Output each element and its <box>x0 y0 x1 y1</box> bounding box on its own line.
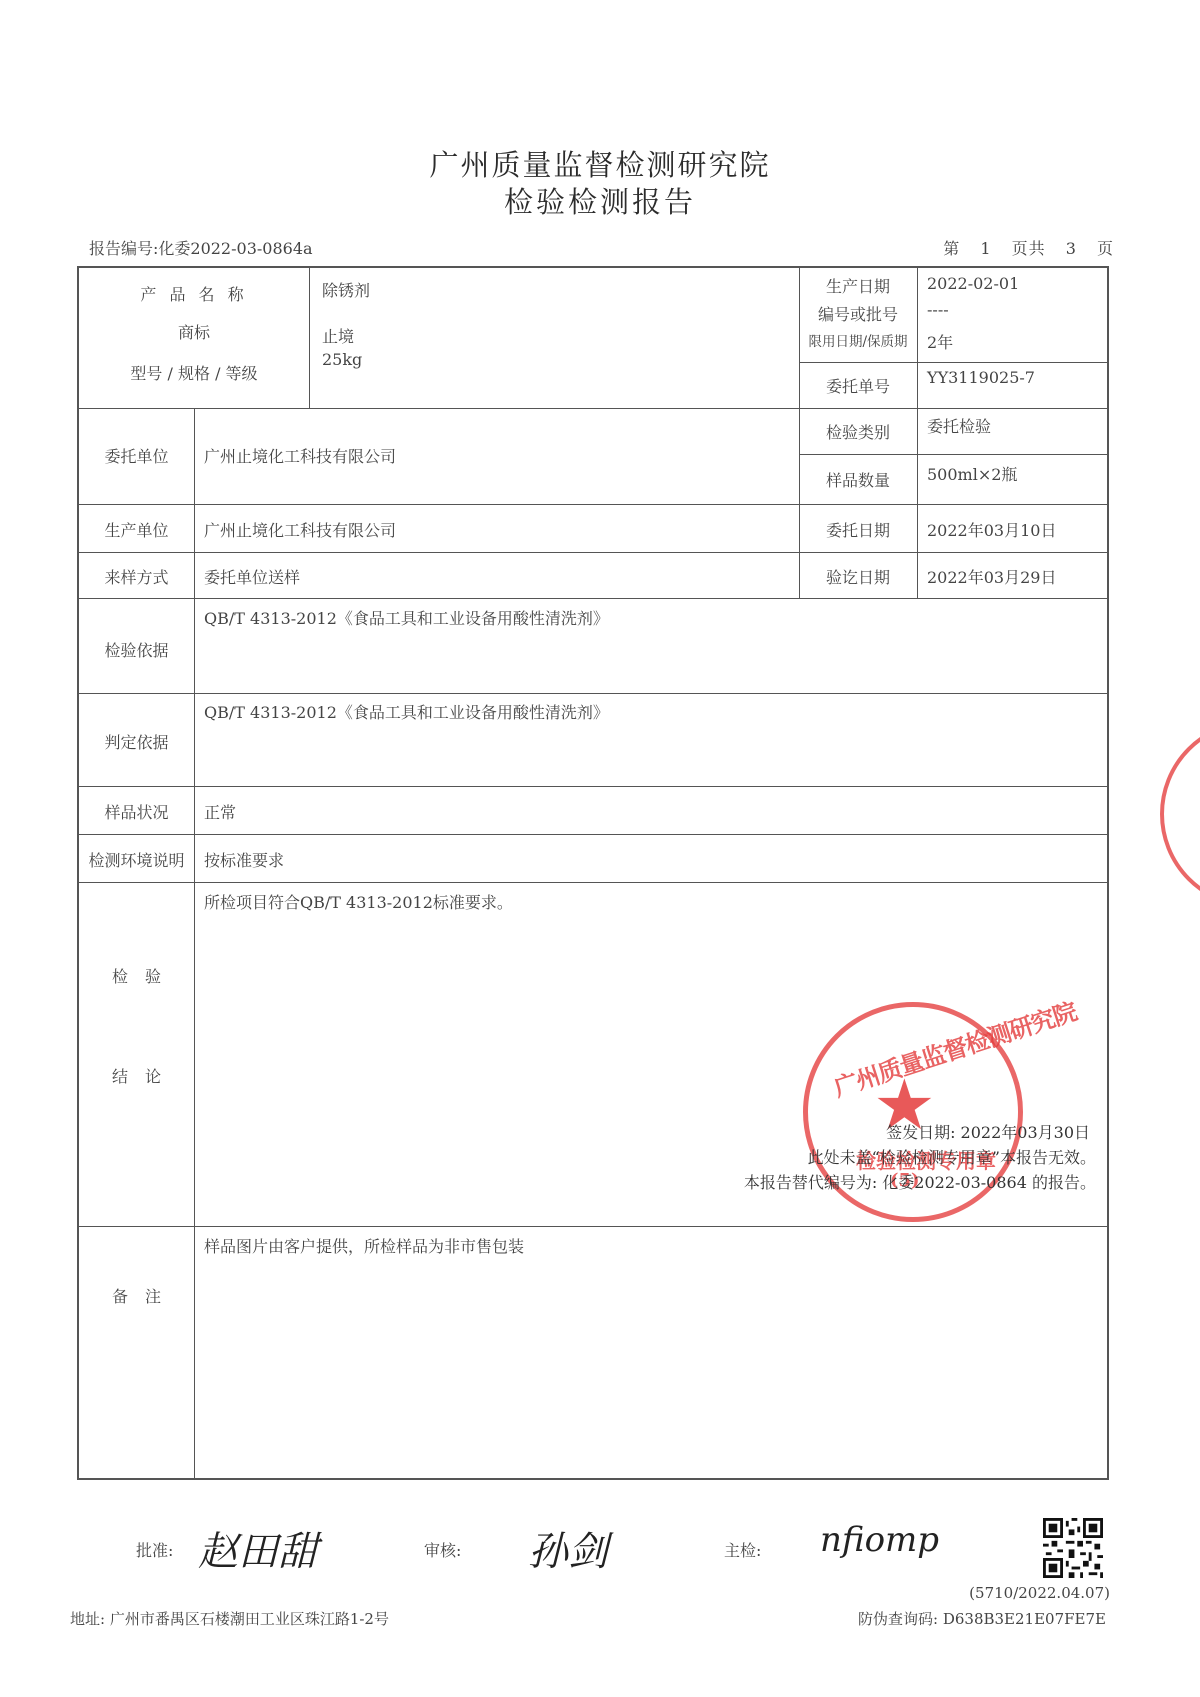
report-table: 产 品 名 称 商标 型号 / 规格 / 等级 除锈剂 止境 25kg 生产日期… <box>77 266 1109 1480</box>
product-name-label: 产 品 名 称 <box>79 282 309 305</box>
remarks-value: 样品图片由客户提供，所检样品为非市售包装 <box>204 1234 524 1257</box>
judgement-basis-label: 判定依据 <box>79 730 194 753</box>
edge-seal-fragment <box>1160 720 1200 908</box>
page-indicator: 第 1 页共 3 页 <box>943 236 1114 259</box>
model-label: 型号 / 规格 / 等级 <box>79 361 309 384</box>
conclusion-label-1: 检 验 <box>79 964 194 987</box>
manufacturer-label: 生产单位 <box>79 518 194 541</box>
seal-validity-note: 此处未盖“检验检测专用章”本报告无效。 <box>808 1145 1096 1168</box>
inspection-type-value: 委托检验 <box>927 414 991 437</box>
completion-date-value: 2022年03月29日 <box>927 565 1056 588</box>
sampling-method-label: 来样方式 <box>79 565 194 588</box>
commission-date-label: 委托日期 <box>799 518 917 541</box>
environment-label: 检测环境说明 <box>79 848 194 871</box>
sample-status-label: 样品状况 <box>79 800 194 823</box>
model-value: 25kg <box>322 350 362 369</box>
environment-value: 按标准要求 <box>204 848 284 871</box>
order-number-label: 委托单号 <box>799 374 917 397</box>
batch-value: ---- <box>927 300 949 319</box>
test-basis-label: 检验依据 <box>79 638 194 661</box>
product-name-value: 除锈剂 <box>322 278 370 301</box>
issue-date: 签发日期: 2022年03月30日 <box>886 1120 1090 1143</box>
judgement-basis-value: QB/T 4313-2012《食品工具和工业设备用酸性清洗剂》 <box>204 700 609 723</box>
qr-code-icon[interactable] <box>1043 1518 1103 1578</box>
remarks-label: 备 注 <box>79 1284 194 1307</box>
replacement-note: 本报告替代编号为: 化委2022-03-0864 的报告。 <box>744 1170 1096 1193</box>
batch-label: 编号或批号 <box>799 302 917 325</box>
form-version: (5710/2022.04.07) <box>969 1584 1110 1602</box>
shelf-life-label: 限用日期/保质期 <box>799 330 917 350</box>
brand-label: 商标 <box>79 320 309 343</box>
anti-fake-code: 防伪查询码: D638B3E21E07FE7E <box>858 1608 1106 1629</box>
approve-signature: 赵田甜 <box>198 1520 318 1577</box>
manufacturer-value: 广州止境化工科技有限公司 <box>204 518 396 541</box>
commission-date-value: 2022年03月10日 <box>927 518 1056 541</box>
client-value: 广州止境化工科技有限公司 <box>204 444 396 467</box>
sample-status-value: 正常 <box>204 800 236 823</box>
conclusion-label-2: 结 论 <box>79 1064 194 1087</box>
production-date-value: 2022-02-01 <box>927 274 1019 293</box>
inspector-signature: nfiomp <box>820 1520 939 1560</box>
brand-value: 止境 <box>322 324 354 347</box>
report-number: 报告编号:化委2022-03-0864a <box>89 236 313 259</box>
institute-name: 广州质量监督检测研究院 <box>0 143 1200 184</box>
review-label: 审核: <box>424 1538 461 1561</box>
lab-address: 地址: 广州市番禺区石楼潮田工业区珠江路1-2号 <box>70 1608 389 1629</box>
completion-date-label: 验讫日期 <box>799 565 917 588</box>
production-date-label: 生产日期 <box>799 274 917 297</box>
conclusion-value: 所检项目符合QB/T 4313-2012标准要求。 <box>204 890 513 913</box>
sample-qty-value: 500ml×2瓶 <box>927 462 1017 485</box>
approve-label: 批准: <box>136 1538 173 1561</box>
shelf-life-value: 2年 <box>927 330 953 353</box>
sample-qty-label: 样品数量 <box>799 468 917 491</box>
client-label: 委托单位 <box>79 444 194 467</box>
order-number-value: YY3119025-7 <box>927 368 1035 387</box>
document-title: 检验检测报告 <box>0 180 1200 221</box>
review-signature: 孙剑 <box>528 1520 608 1577</box>
sampling-method-value: 委托单位送样 <box>204 565 300 588</box>
inspector-label: 主检: <box>724 1538 761 1561</box>
test-basis-value: QB/T 4313-2012《食品工具和工业设备用酸性清洗剂》 <box>204 606 609 629</box>
inspection-type-label: 检验类别 <box>799 420 917 443</box>
